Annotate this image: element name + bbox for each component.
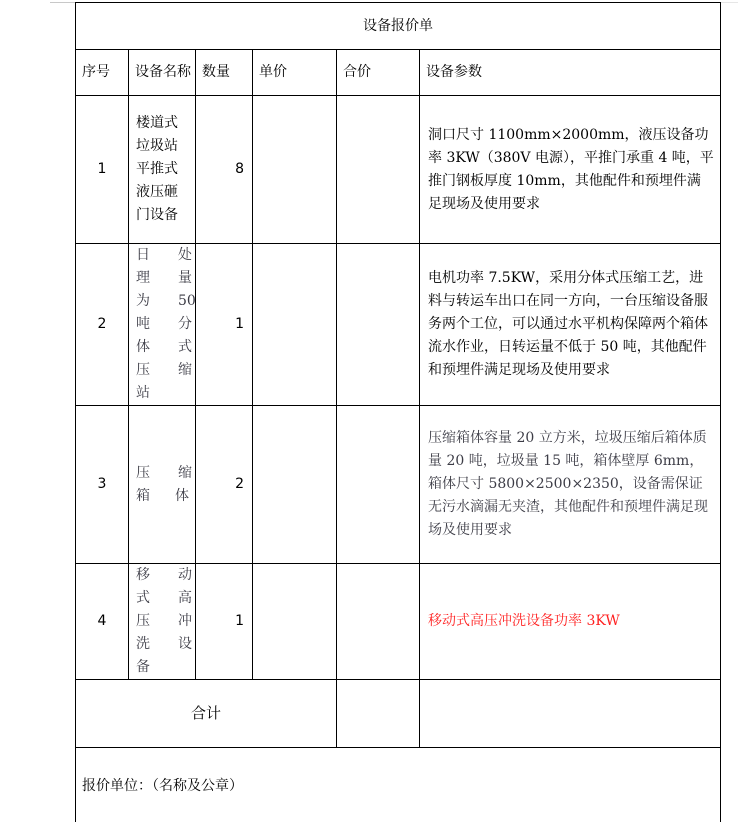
- name-line: 理 量: [136, 267, 189, 290]
- row-name: 日 处 理 量 为 50 吨 分 体 式 压 缩 站: [129, 244, 196, 406]
- row-index: 3: [76, 406, 129, 564]
- name-line: 平推式: [136, 158, 189, 181]
- name-line: 垃圾站: [136, 135, 189, 158]
- row-unit-price[interactable]: [253, 564, 337, 680]
- page-corner-mark-right: [720, 2, 738, 3]
- row-total-price[interactable]: [337, 244, 420, 406]
- name-line: 式 高: [136, 587, 189, 610]
- name-line: 日 处: [136, 244, 189, 267]
- header-total-price: 合价: [337, 50, 420, 96]
- row-params: 电机功率 7.5KW，采用分体式压缩工艺，进料与转运车出口在同一方向，一台压缩设…: [420, 244, 721, 406]
- name-line: 为 50: [136, 290, 189, 313]
- header-name: 设备名称: [129, 50, 196, 96]
- name-line: 洗 设: [136, 633, 189, 656]
- name-line: 吨 分: [136, 313, 189, 336]
- total-value[interactable]: [337, 680, 420, 748]
- table-row: 4 移 动 式 高 压 冲 洗 设 备 1 移动式高压冲洗设备功率 3KW: [76, 564, 721, 680]
- header-row: 序号 设备名称 数量 单价 合价 设备参数: [76, 50, 721, 96]
- row-name: 楼道式 垃圾站 平推式 液压砸 门设备: [129, 96, 196, 244]
- name-line: 备: [136, 656, 189, 679]
- footer-row: 报价单位：（名称及公章）: [76, 748, 721, 822]
- row-unit-price[interactable]: [253, 96, 337, 244]
- row-quantity: 8: [196, 96, 253, 244]
- quoting-unit-label: 报价单位：（名称及公章）: [76, 748, 721, 822]
- total-row: 合计: [76, 680, 721, 748]
- row-total-price[interactable]: [337, 406, 420, 564]
- row-unit-price[interactable]: [253, 244, 337, 406]
- row-index: 4: [76, 564, 129, 680]
- row-params: 移动式高压冲洗设备功率 3KW: [420, 564, 721, 680]
- name-line: 压 缩: [136, 359, 189, 382]
- name-line: 门设备: [136, 204, 189, 227]
- page-corner-mark: [50, 2, 75, 3]
- row-name: 移 动 式 高 压 冲 洗 设 备: [129, 564, 196, 680]
- quotation-table: 设备报价单 序号 设备名称 数量 单价 合价 设备参数 1 楼道式 垃圾站 平推…: [75, 2, 721, 822]
- name-line: 压 缩: [136, 462, 189, 485]
- name-line: 移 动: [136, 564, 189, 587]
- row-name: 压 缩 箱体: [129, 406, 196, 564]
- table-title: 设备报价单: [76, 3, 721, 50]
- row-unit-price[interactable]: [253, 406, 337, 564]
- header-unit-price: 单价: [253, 50, 337, 96]
- table-row: 3 压 缩 箱体 2 压缩箱体容量 20 立方米，垃圾压缩后箱体质量 20 吨，…: [76, 406, 721, 564]
- row-index: 1: [76, 96, 129, 244]
- total-remark[interactable]: [420, 680, 721, 748]
- name-line: 压 冲: [136, 610, 189, 633]
- row-quantity: 1: [196, 244, 253, 406]
- name-line: 体 式: [136, 336, 189, 359]
- total-label: 合计: [76, 680, 337, 748]
- table-row: 2 日 处 理 量 为 50 吨 分 体 式 压 缩 站 1 电机功率 7.5K…: [76, 244, 721, 406]
- row-total-price[interactable]: [337, 96, 420, 244]
- row-params: 压缩箱体容量 20 立方米，垃圾压缩后箱体质量 20 吨，垃圾量 15 吨，箱体…: [420, 406, 721, 564]
- row-quantity: 2: [196, 406, 253, 564]
- row-quantity: 1: [196, 564, 253, 680]
- name-line: 箱体: [136, 485, 189, 508]
- row-index: 2: [76, 244, 129, 406]
- header-params: 设备参数: [420, 50, 721, 96]
- row-total-price[interactable]: [337, 564, 420, 680]
- name-line: 楼道式: [136, 112, 189, 135]
- header-index: 序号: [76, 50, 129, 96]
- header-quantity: 数量: [196, 50, 253, 96]
- table-row: 1 楼道式 垃圾站 平推式 液压砸 门设备 8 洞口尺寸 1100mm×2000…: [76, 96, 721, 244]
- row-params: 洞口尺寸 1100mm×2000mm，液压设备功率 3KW（380V 电源），平…: [420, 96, 721, 244]
- name-line: 液压砸: [136, 181, 189, 204]
- name-line: 站: [136, 382, 189, 405]
